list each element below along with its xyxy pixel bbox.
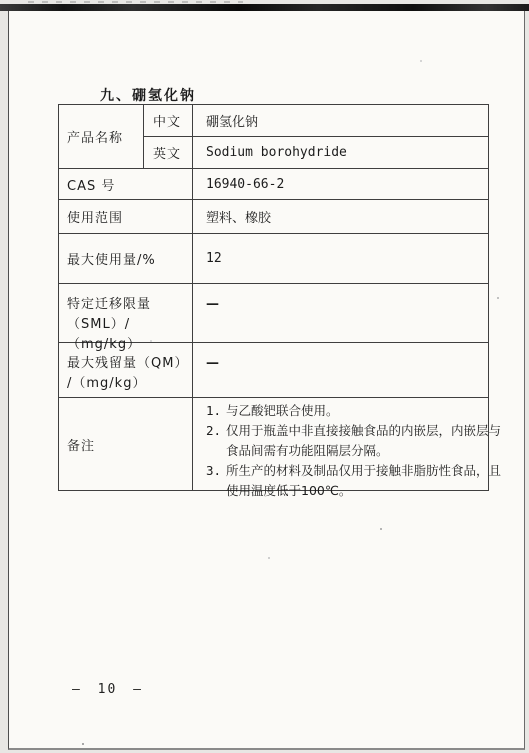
max-usage-label: 最大使用量/% [59,234,193,283]
remark-2-text: 仅用于瓶盖中非直接接触食品的内嵌层，内嵌层与 食品间需有功能阻隔层分隔。 [226,421,501,461]
table-row-qm: 最大残留量（QM） /（mg/kg） — [59,343,488,398]
remarks-label: 备注 [59,398,193,490]
table-row-usage-scope: 使用范围 塑料、橡胶 [59,200,488,234]
remark-item-3: 3. 所生产的材料及制品仅用于接触非脂肪性食品，且 使用温度低于100℃。 [206,461,501,501]
product-name-chinese-row: 中文 硼氢化钠 [144,105,488,137]
usage-scope-value: 塑料、橡胶 [193,200,488,233]
table-row-remarks: 备注 1. 与乙酸钯联合使用。 2. 仅用于瓶盖中非直接接触食品的内嵌层，内嵌层… [59,398,488,490]
remark-1-line1: 与乙酸钯联合使用。 [226,403,339,418]
table-row-sml: 特定迁移限量（SML）/ （mg/kg） — [59,284,488,343]
qm-label: 最大残留量（QM） /（mg/kg） [59,343,193,397]
remark-2-number: 2. [206,421,226,461]
scan-speck [380,528,382,530]
table-row-cas: CAS 号 16940-66-2 [59,169,488,200]
sml-value: — [193,284,488,342]
product-info-table: 产品名称 中文 硼氢化钠 英文 Sodium borohydride CAS 号… [58,104,489,491]
remark-1-text: 与乙酸钯联合使用。 [226,401,501,421]
table-row-max-usage: 最大使用量/% 12 [59,234,488,284]
product-name-english-row: 英文 Sodium borohydride [144,137,488,168]
product-name-chinese-value: 硼氢化钠 [193,105,488,136]
table-row-product-name: 产品名称 中文 硼氢化钠 英文 Sodium borohydride [59,105,488,169]
product-name-subrows: 中文 硼氢化钠 英文 Sodium borohydride [144,105,488,168]
remark-3-text: 所生产的材料及制品仅用于接触非脂肪性食品，且 使用温度低于100℃。 [226,461,501,501]
qm-label-line1: 最大残留量（QM） [67,354,188,374]
sml-label-line1: 特定迁移限量（SML）/ [67,295,192,335]
remark-item-1: 1. 与乙酸钯联合使用。 [206,401,501,421]
scan-edge-artifact [0,4,529,11]
page-number: — 10 — [72,682,143,697]
remark-item-2: 2. 仅用于瓶盖中非直接接触食品的内嵌层，内嵌层与 食品间需有功能阻隔层分隔。 [206,421,501,461]
qm-value: — [193,343,488,397]
remark-2-line1: 仅用于瓶盖中非直接接触食品的内嵌层，内嵌层与 [226,423,501,438]
cas-label: CAS 号 [59,169,193,199]
remarks-content: 1. 与乙酸钯联合使用。 2. 仅用于瓶盖中非直接接触食品的内嵌层，内嵌层与 食… [193,398,501,490]
scan-noise [28,1,243,3]
qm-label-line2: /（mg/kg） [67,374,146,394]
lang-label-chinese: 中文 [144,105,193,136]
product-name-english-value: Sodium borohydride [193,137,488,168]
product-name-label: 产品名称 [59,105,144,168]
remark-2-line2: 食品间需有功能阻隔层分隔。 [226,443,389,458]
lang-label-english: 英文 [144,137,193,168]
sml-label: 特定迁移限量（SML）/ （mg/kg） [59,284,193,342]
remark-3-line2: 使用温度低于100℃。 [226,483,351,498]
remark-3-number: 3. [206,461,226,501]
usage-scope-label: 使用范围 [59,200,193,233]
max-usage-value: 12 [193,234,488,283]
remark-3-line1: 所生产的材料及制品仅用于接触非脂肪性食品，且 [226,463,501,478]
cas-value: 16940-66-2 [193,169,488,199]
remark-1-number: 1. [206,401,226,421]
section-title: 九、硼氢化钠 [100,85,196,105]
